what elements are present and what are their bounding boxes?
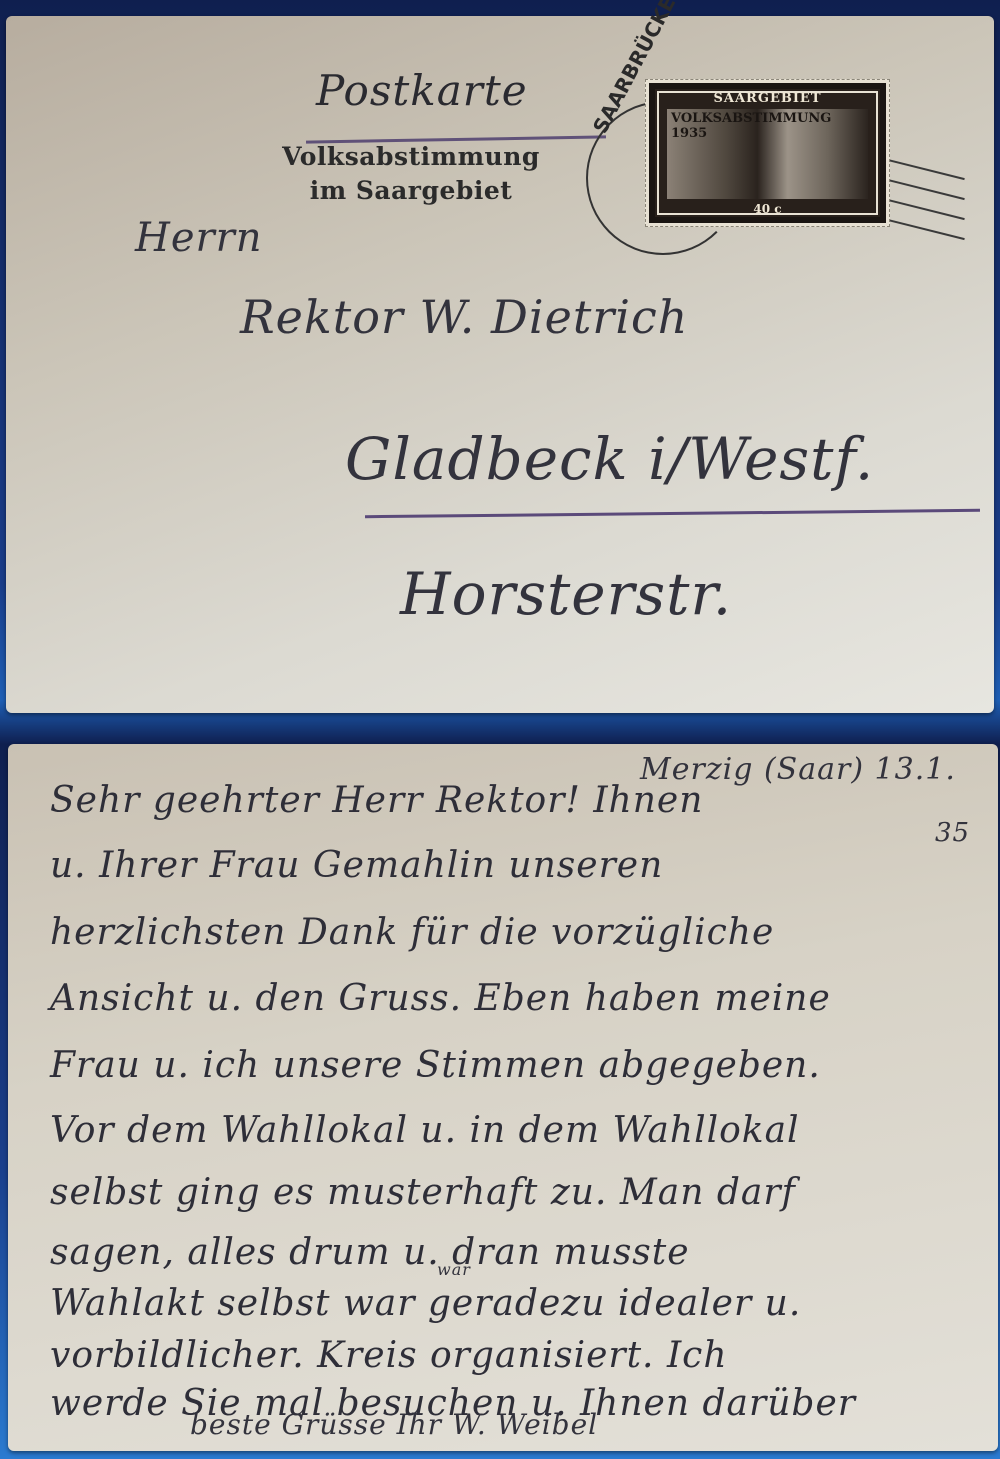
inserted-word: war [437, 1260, 471, 1279]
letter-line: Wahlakt selbst war geradezu idealer u. [50, 1283, 801, 1324]
address-recipient: Rektor W. Dietrich [240, 290, 688, 344]
letter-line: Sehr geehrter Herr Rektor! Ihnen [50, 780, 703, 821]
letter-line: Vor dem Wahllokal u. in dem Wahllokal [50, 1110, 800, 1151]
stamp-overprint-line-2: 1935 [671, 126, 831, 141]
handwritten-postkarte: Postkarte [316, 66, 528, 115]
stamp-country: SAARGEBIET [655, 91, 880, 106]
letter-line: herzlichsten Dank für die vorzügliche [50, 912, 774, 953]
letter-line: vorbildlicher. Kreis organisiert. Ich [50, 1335, 728, 1376]
letter-line: selbst ging es musterhaft zu. Man darf [50, 1172, 796, 1213]
address-city: Gladbeck i/Westf. [345, 425, 874, 493]
letter-line: Frau u. ich unsere Stimmen abgegeben. [50, 1045, 821, 1086]
letter-line: Ansicht u. den Gruss. Eben haben meine [50, 978, 831, 1019]
slogan-cancellation: Heute Volksabstimmung im Saargebiet [261, 106, 561, 208]
address-street: Horsterstr. [400, 560, 732, 628]
letter-postscript: beste Grüsse Ihr W. Weibel [190, 1408, 598, 1441]
address-salutation: Herrn [135, 215, 263, 261]
postage-stamp: SAARGEBIET VOLKSABSTIMMUNG 1935 40 c [645, 79, 890, 227]
letter-line: sagen, alles drum u. dran musste [50, 1232, 690, 1273]
stamp-value: 40 c [655, 202, 880, 216]
stamp-overprint-line-1: VOLKSABSTIMMUNG [671, 111, 831, 126]
letter-line: u. Ihrer Frau Gemahlin unseren [50, 845, 663, 886]
letter-year: 35 [935, 818, 970, 848]
slogan-line-2: Volksabstimmung [261, 140, 561, 174]
stamp-overprint: VOLKSABSTIMMUNG 1935 [671, 111, 831, 141]
stamp-frame: SAARGEBIET VOLKSABSTIMMUNG 1935 40 c [649, 83, 886, 223]
slogan-line-3: im Saargebiet [261, 174, 561, 208]
